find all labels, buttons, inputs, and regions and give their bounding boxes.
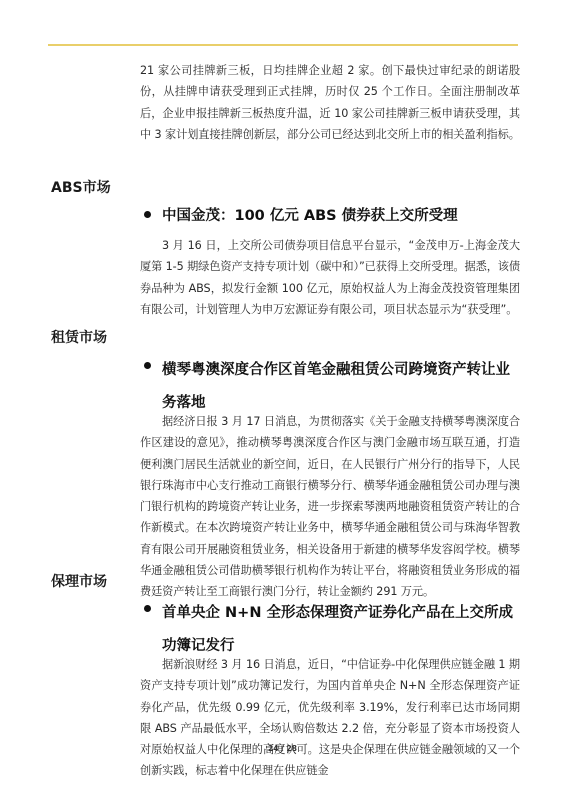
bullet-icon	[144, 211, 151, 218]
leasing-paragraph: 据经济日报 3 月 17 日消息，为贯彻落实《关于金融支持横琴粤澳深度合作区建设…	[140, 411, 520, 603]
bullet-heading-abs: 中国金茂：100 亿元 ABS 债券获上交所受理	[140, 203, 520, 230]
section-title-abs: ABS市场	[51, 177, 111, 197]
bullet-heading-text: 中国金茂：100 亿元 ABS 债券获上交所受理	[162, 203, 520, 230]
header-rule	[48, 44, 518, 46]
abs-paragraph: 3 月 16 日，上交所公司债券项目信息平台显示，“金茂申万-上海金茂大厦第 1…	[140, 235, 520, 320]
section-title-leasing: 租赁市场	[51, 327, 107, 347]
page-number: 24 / 28	[0, 744, 565, 753]
bullet-icon	[144, 605, 151, 612]
bullet-icon	[144, 362, 151, 369]
intro-paragraph: 21 家公司挂牌新三板，日均挂牌企业超 2 家。创下最快过审纪录的朗诺股份，从挂…	[140, 60, 520, 145]
section-title-factoring: 保理市场	[51, 571, 107, 591]
factoring-paragraph: 据新浪财经 3 月 16 日消息，近日，“中信证券-中化保理供应链金融 1 期资…	[140, 654, 520, 782]
